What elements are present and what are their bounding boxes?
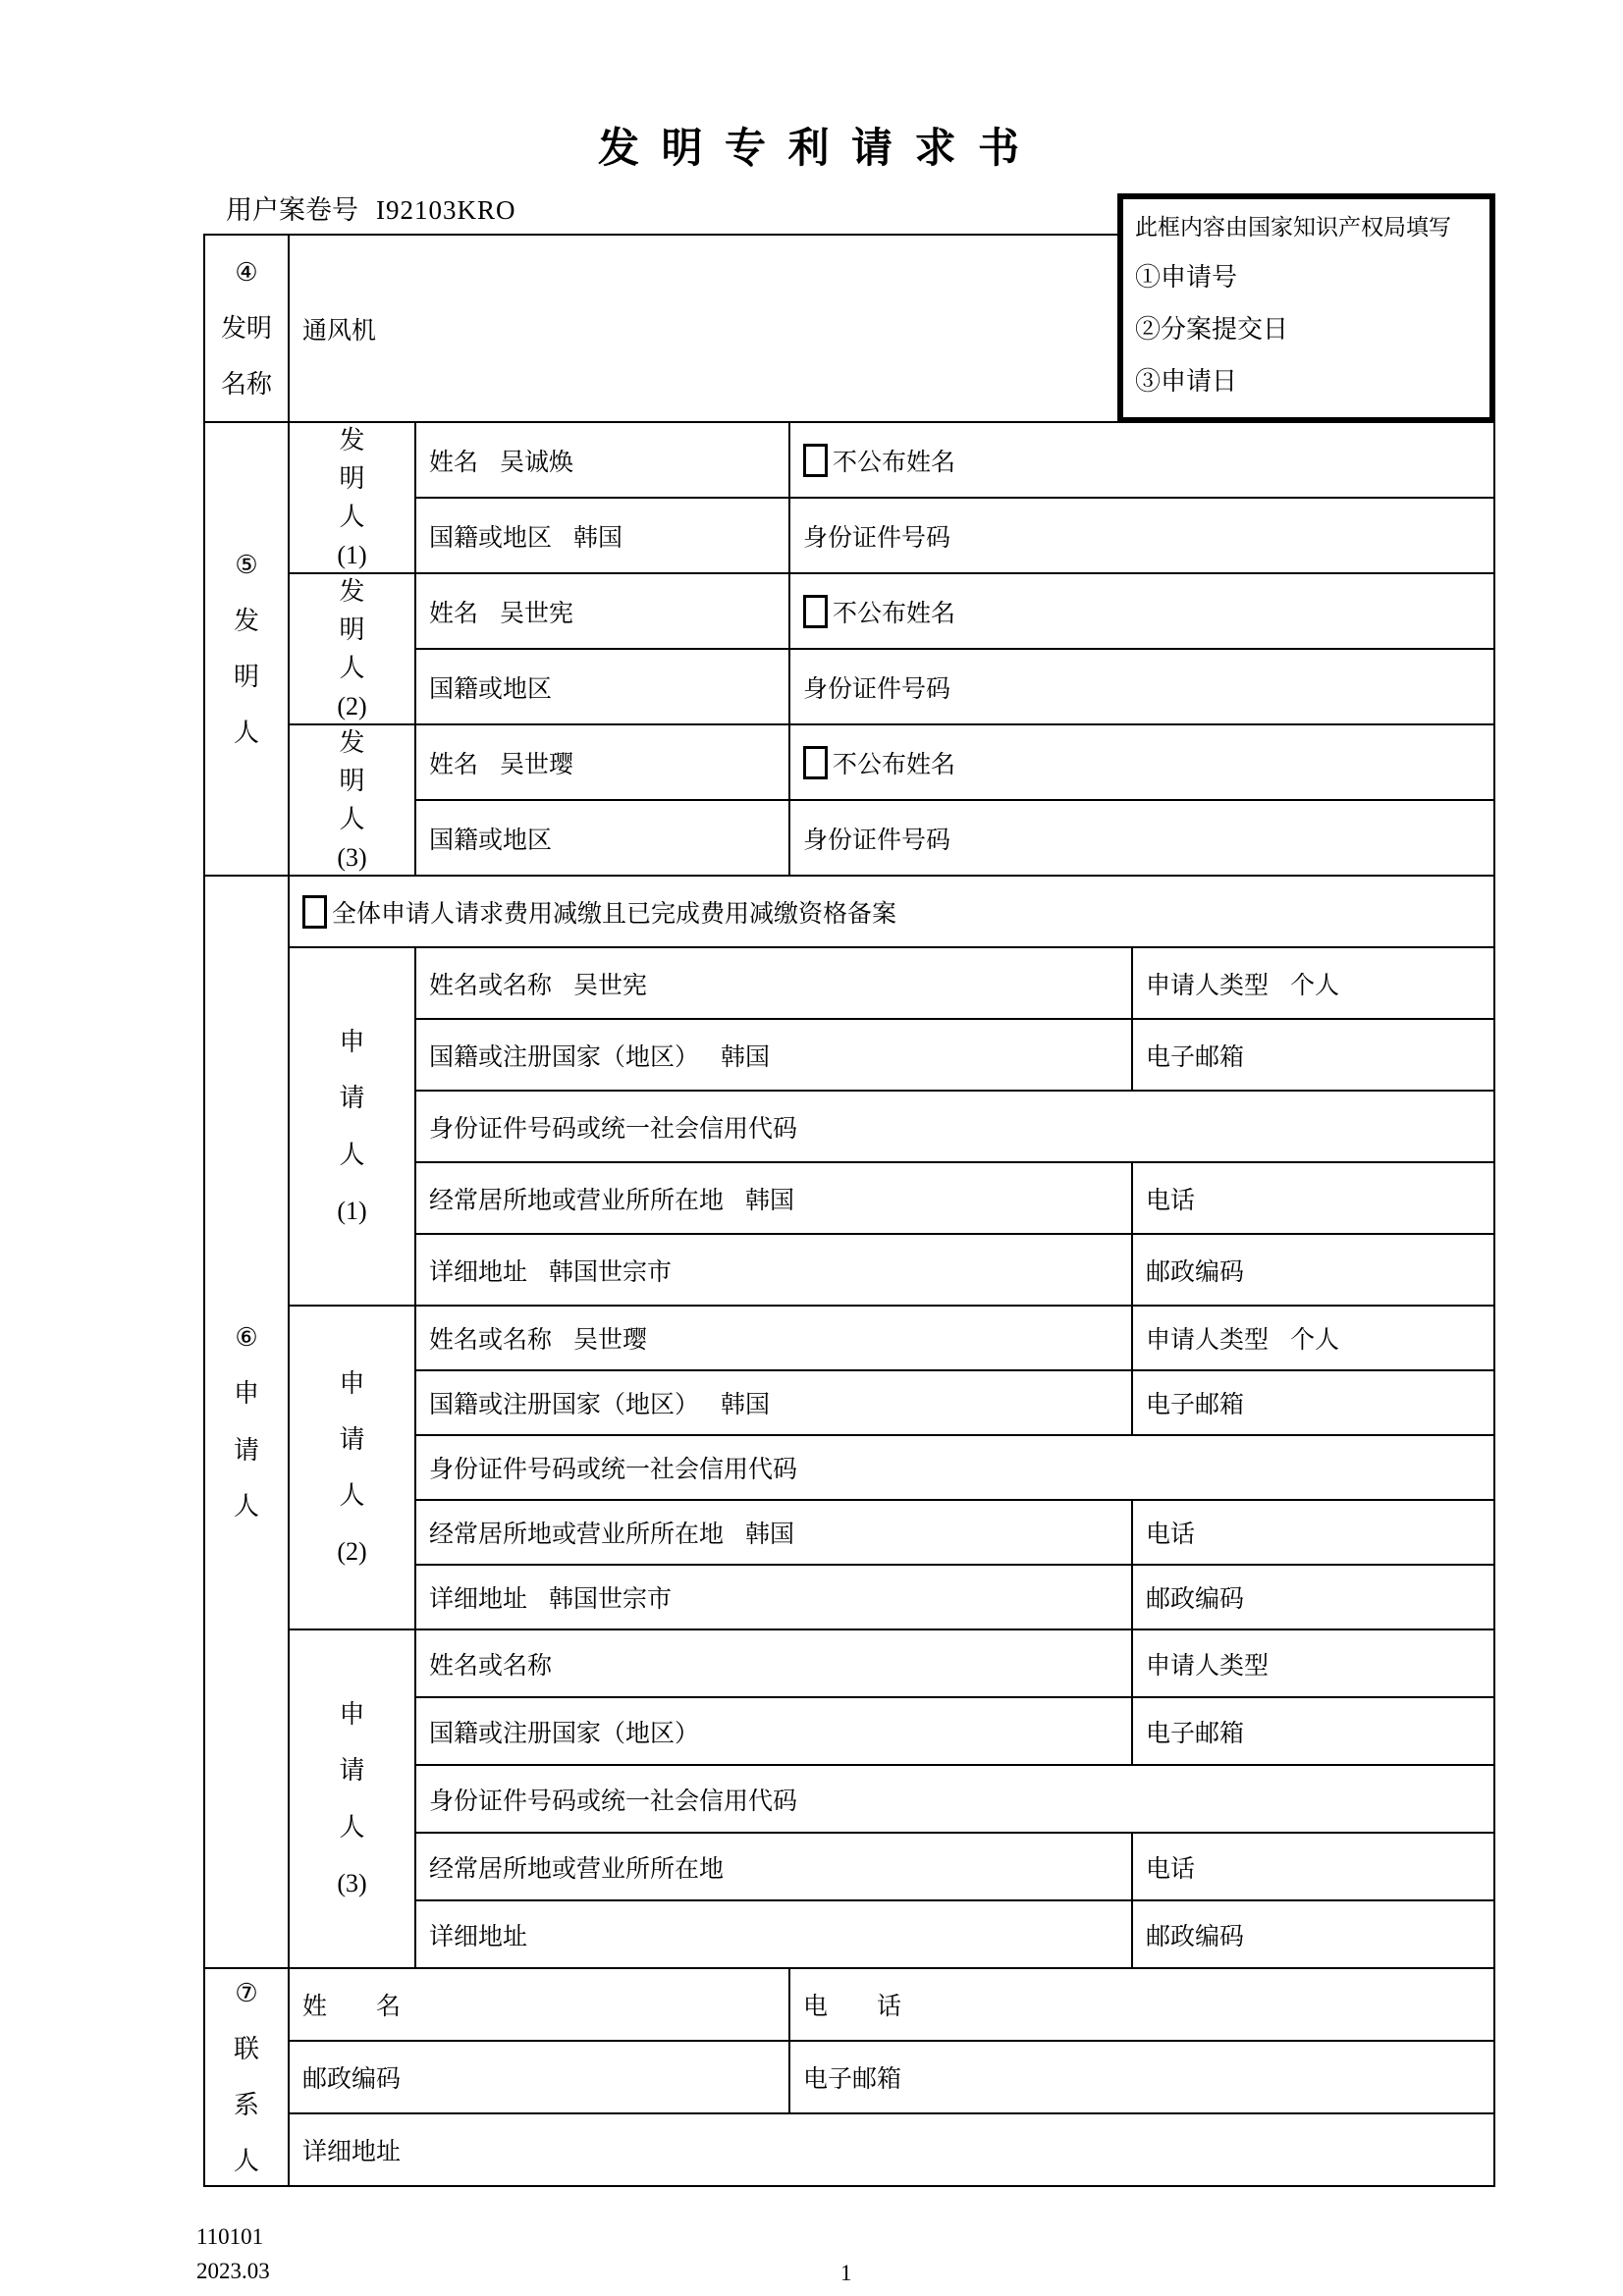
applicant-name-label: 姓名或名称 <box>429 1320 552 1356</box>
applicant3-label: 申 请 人 (3) <box>290 1630 416 1969</box>
applicant-email-label: 电子邮箱 <box>1146 1385 1244 1420</box>
inventor3-id-cell: 身份证件号码 <box>790 801 1495 877</box>
applicant2-residence-value: 韩国 <box>745 1515 794 1550</box>
section-applicants-label: ⑥ 申 请 人 <box>205 877 290 1969</box>
applicant-type-label: 申请人类型 <box>1146 1320 1269 1356</box>
inventor-nationality-label: 国籍或地区 <box>429 518 552 554</box>
inventor-id-label: 身份证件号码 <box>803 669 950 705</box>
applicant-phone-label: 电话 <box>1146 1515 1195 1550</box>
inventor-name-label: 姓名 <box>429 443 478 478</box>
applicant-nationality-label: 国籍或注册国家（地区） <box>429 1714 699 1749</box>
applicant1-type-cell: 申请人类型 个人 <box>1133 948 1495 1020</box>
section-contact-label: ⑦ 联 系 人 <box>205 1969 290 2187</box>
applicant3-id-cell: 身份证件号码或统一社会信用代码 <box>416 1766 1495 1834</box>
applicant2-postcode-cell: 邮政编码 <box>1133 1566 1495 1630</box>
applicant1-nationality-cell: 国籍或注册国家（地区） 韩国 <box>416 1020 1133 1092</box>
applicant-residence-label: 经常居所地或营业所所在地 <box>429 1515 724 1550</box>
inventor2-id-cell: 身份证件号码 <box>790 650 1495 725</box>
inventor2-name-cell: 姓名 吴世宪 <box>416 574 790 650</box>
contact-name-cell: 姓 名 <box>290 1969 790 2042</box>
applicant3-address-cell: 详细地址 <box>416 1901 1133 1969</box>
contact-email-label: 电子邮箱 <box>803 2059 901 2095</box>
application-number-label: ①申请号 <box>1135 257 1478 294</box>
applicant-name-label: 姓名或名称 <box>429 1646 552 1682</box>
applicant-address-label: 详细地址 <box>429 1253 527 1288</box>
inventor2-nationality-cell: 国籍或地区 <box>416 650 790 725</box>
form-table: ④ 发明 名称 通风机 ⑤ 发 明 人 发 明 人 (1) 姓名 吴诚焕 不公布… <box>203 234 1495 2187</box>
applicant3-residence-cell: 经常居所地或营业所所在地 <box>416 1834 1133 1901</box>
invention-name-label: ④ 发明 名称 <box>221 244 272 413</box>
no-publish-label-1: 不公布姓名 <box>833 443 955 478</box>
applicant-type-label: 申请人类型 <box>1146 966 1269 1001</box>
inventor1-name-cell: 姓名 吴诚焕 <box>416 423 790 499</box>
applicant2-label: 申 请 人 (2) <box>290 1307 416 1630</box>
inventor3-name-value: 吴世璎 <box>500 745 573 780</box>
inventor3-nationality-cell: 国籍或地区 <box>416 801 790 877</box>
applicant1-phone-cell: 电话 <box>1133 1163 1495 1235</box>
contact-address-label: 详细地址 <box>302 2132 401 2167</box>
applicant3-name-cell: 姓名或名称 <box>416 1630 1133 1698</box>
applicant1-postcode-cell: 邮政编码 <box>1133 1235 1495 1307</box>
applicant-id-label: 身份证件号码或统一社会信用代码 <box>429 1450 797 1485</box>
inventor2-no-publish-cell: 不公布姓名 <box>790 574 1495 650</box>
inventor1-label: 发 明 人 (1) <box>290 423 416 574</box>
invention-name-value: 通风机 <box>302 311 376 347</box>
applicant1-label: 申 请 人 (1) <box>290 948 416 1307</box>
applicant2-type-value: 个人 <box>1290 1320 1339 1356</box>
applicant-name-label: 姓名或名称 <box>429 966 552 1001</box>
applicant3-phone-cell: 电话 <box>1133 1834 1495 1901</box>
applicant-postcode-label: 邮政编码 <box>1146 1579 1244 1615</box>
applicant-residence-label: 经常居所地或营业所所在地 <box>429 1849 724 1885</box>
inventor3-no-publish-cell: 不公布姓名 <box>790 725 1495 801</box>
no-publish-checkbox-3[interactable] <box>803 746 828 779</box>
office-use-note: 此框内容由国家知识产权局填写 <box>1135 209 1478 241</box>
applicant-phone-label: 电话 <box>1146 1849 1195 1885</box>
case-file-number: I92103KRO <box>376 195 516 225</box>
contact-email-cell: 电子邮箱 <box>790 2042 1495 2114</box>
applicant-postcode-label: 邮政编码 <box>1146 1253 1244 1288</box>
section-inventors-label: ⑤ 发 明 人 <box>205 423 290 877</box>
applicant1-id-cell: 身份证件号码或统一社会信用代码 <box>416 1092 1495 1163</box>
applicant-residence-label: 经常居所地或营业所所在地 <box>429 1181 724 1216</box>
inventor-id-label: 身份证件号码 <box>803 821 950 856</box>
divisional-date-label: ②分案提交日 <box>1135 309 1478 346</box>
applicant2-email-cell: 电子邮箱 <box>1133 1371 1495 1436</box>
case-file-line: 用户案卷号I92103KRO <box>226 188 516 227</box>
applicant1-address-cell: 详细地址 韩国世宗市 <box>416 1235 1133 1307</box>
inventor-nationality-label: 国籍或地区 <box>429 821 552 856</box>
applicant-type-label: 申请人类型 <box>1146 1646 1269 1682</box>
contact-phone-label: 电 话 <box>803 1987 901 2022</box>
invention-name-label-cell: ④ 发明 名称 <box>205 236 290 423</box>
applicant1-address-value: 韩国世宗市 <box>549 1253 672 1288</box>
applicant-nationality-label: 国籍或注册国家（地区） <box>429 1038 699 1073</box>
applicant2-nationality-cell: 国籍或注册国家（地区） 韩国 <box>416 1371 1133 1436</box>
applicant2-nationality-value: 韩国 <box>721 1385 770 1420</box>
inventor2-label: 发 明 人 (2) <box>290 574 416 725</box>
footer-page-number: 1 <box>840 2261 852 2286</box>
inventor-name-label: 姓名 <box>429 594 478 629</box>
applicant-id-label: 身份证件号码或统一社会信用代码 <box>429 1782 797 1817</box>
fee-reduction-label: 全体申请人请求费用减缴且已完成费用减缴资格备案 <box>332 894 896 930</box>
inventor-id-label: 身份证件号码 <box>803 518 950 554</box>
applicant1-name-cell: 姓名或名称 吴世宪 <box>416 948 1133 1020</box>
applicant3-email-cell: 电子邮箱 <box>1133 1698 1495 1766</box>
applicant1-type-value: 个人 <box>1290 966 1339 1001</box>
inventor3-name-cell: 姓名 吴世璎 <box>416 725 790 801</box>
applicant1-email-cell: 电子邮箱 <box>1133 1020 1495 1092</box>
applicant2-id-cell: 身份证件号码或统一社会信用代码 <box>416 1436 1495 1501</box>
contact-postcode-label: 邮政编码 <box>302 2059 401 2095</box>
applicant-email-label: 电子邮箱 <box>1146 1038 1244 1073</box>
no-publish-checkbox-2[interactable] <box>803 595 828 628</box>
no-publish-label-2: 不公布姓名 <box>833 594 955 629</box>
contact-postcode-cell: 邮政编码 <box>290 2042 790 2114</box>
applicant1-residence-cell: 经常居所地或营业所所在地 韩国 <box>416 1163 1133 1235</box>
inventor1-name-value: 吴诚焕 <box>500 443 573 478</box>
applicant-postcode-label: 邮政编码 <box>1146 1917 1244 1952</box>
inventor3-label: 发 明 人 (3) <box>290 725 416 877</box>
inventor2-name-value: 吴世宪 <box>500 594 573 629</box>
applicant2-address-cell: 详细地址 韩国世宗市 <box>416 1566 1133 1630</box>
inventor1-nationality-value: 韩国 <box>573 518 622 554</box>
applicant3-type-cell: 申请人类型 <box>1133 1630 1495 1698</box>
applicant3-postcode-cell: 邮政编码 <box>1133 1901 1495 1969</box>
footer-form-version: 2023.03 <box>196 2259 270 2284</box>
inventor-nationality-label: 国籍或地区 <box>429 669 552 705</box>
applicant1-nationality-value: 韩国 <box>721 1038 770 1073</box>
applicant2-type-cell: 申请人类型 个人 <box>1133 1307 1495 1371</box>
contact-phone-cell: 电 话 <box>790 1969 1495 2042</box>
applicant-address-label: 详细地址 <box>429 1917 527 1952</box>
office-use-box: 此框内容由国家知识产权局填写 ①申请号 ②分案提交日 ③申请日 <box>1117 193 1495 423</box>
no-publish-checkbox-1[interactable] <box>803 444 828 477</box>
inventor1-id-cell: 身份证件号码 <box>790 499 1495 574</box>
applicant1-name-value: 吴世宪 <box>573 966 647 1001</box>
filing-date-label: ③申请日 <box>1135 361 1478 398</box>
form-title: 发 明 专 利 请 求 书 <box>0 116 1623 175</box>
inventor1-no-publish-cell: 不公布姓名 <box>790 423 1495 499</box>
inventor-name-label: 姓名 <box>429 745 478 780</box>
applicant2-name-value: 吴世璎 <box>573 1320 647 1356</box>
applicant-id-label: 身份证件号码或统一社会信用代码 <box>429 1109 797 1145</box>
contact-name-label: 姓 名 <box>302 1987 401 2022</box>
applicant2-residence-cell: 经常居所地或营业所所在地 韩国 <box>416 1501 1133 1566</box>
contact-address-cell: 详细地址 <box>290 2114 1495 2187</box>
applicant2-phone-cell: 电话 <box>1133 1501 1495 1566</box>
applicant3-nationality-cell: 国籍或注册国家（地区） <box>416 1698 1133 1766</box>
case-file-label: 用户案卷号 <box>226 195 358 225</box>
applicant1-residence-value: 韩国 <box>745 1181 794 1216</box>
fee-reduction-checkbox[interactable] <box>302 895 327 929</box>
no-publish-label-3: 不公布姓名 <box>833 745 955 780</box>
applicant2-address-value: 韩国世宗市 <box>549 1579 672 1615</box>
applicant-phone-label: 电话 <box>1146 1181 1195 1216</box>
applicant-address-label: 详细地址 <box>429 1579 527 1615</box>
fee-reduction-cell: 全体申请人请求费用减缴且已完成费用减缴资格备案 <box>290 877 1495 948</box>
inventor1-nationality-cell: 国籍或地区 韩国 <box>416 499 790 574</box>
applicant2-name-cell: 姓名或名称 吴世璎 <box>416 1307 1133 1371</box>
applicant-email-label: 电子邮箱 <box>1146 1714 1244 1749</box>
patent-request-form-page: 发 明 专 利 请 求 书 用户案卷号I92103KRO ④ 发明 名称 通风机… <box>0 0 1623 2296</box>
applicant-nationality-label: 国籍或注册国家（地区） <box>429 1385 699 1420</box>
footer-form-code: 110101 <box>196 2224 263 2250</box>
